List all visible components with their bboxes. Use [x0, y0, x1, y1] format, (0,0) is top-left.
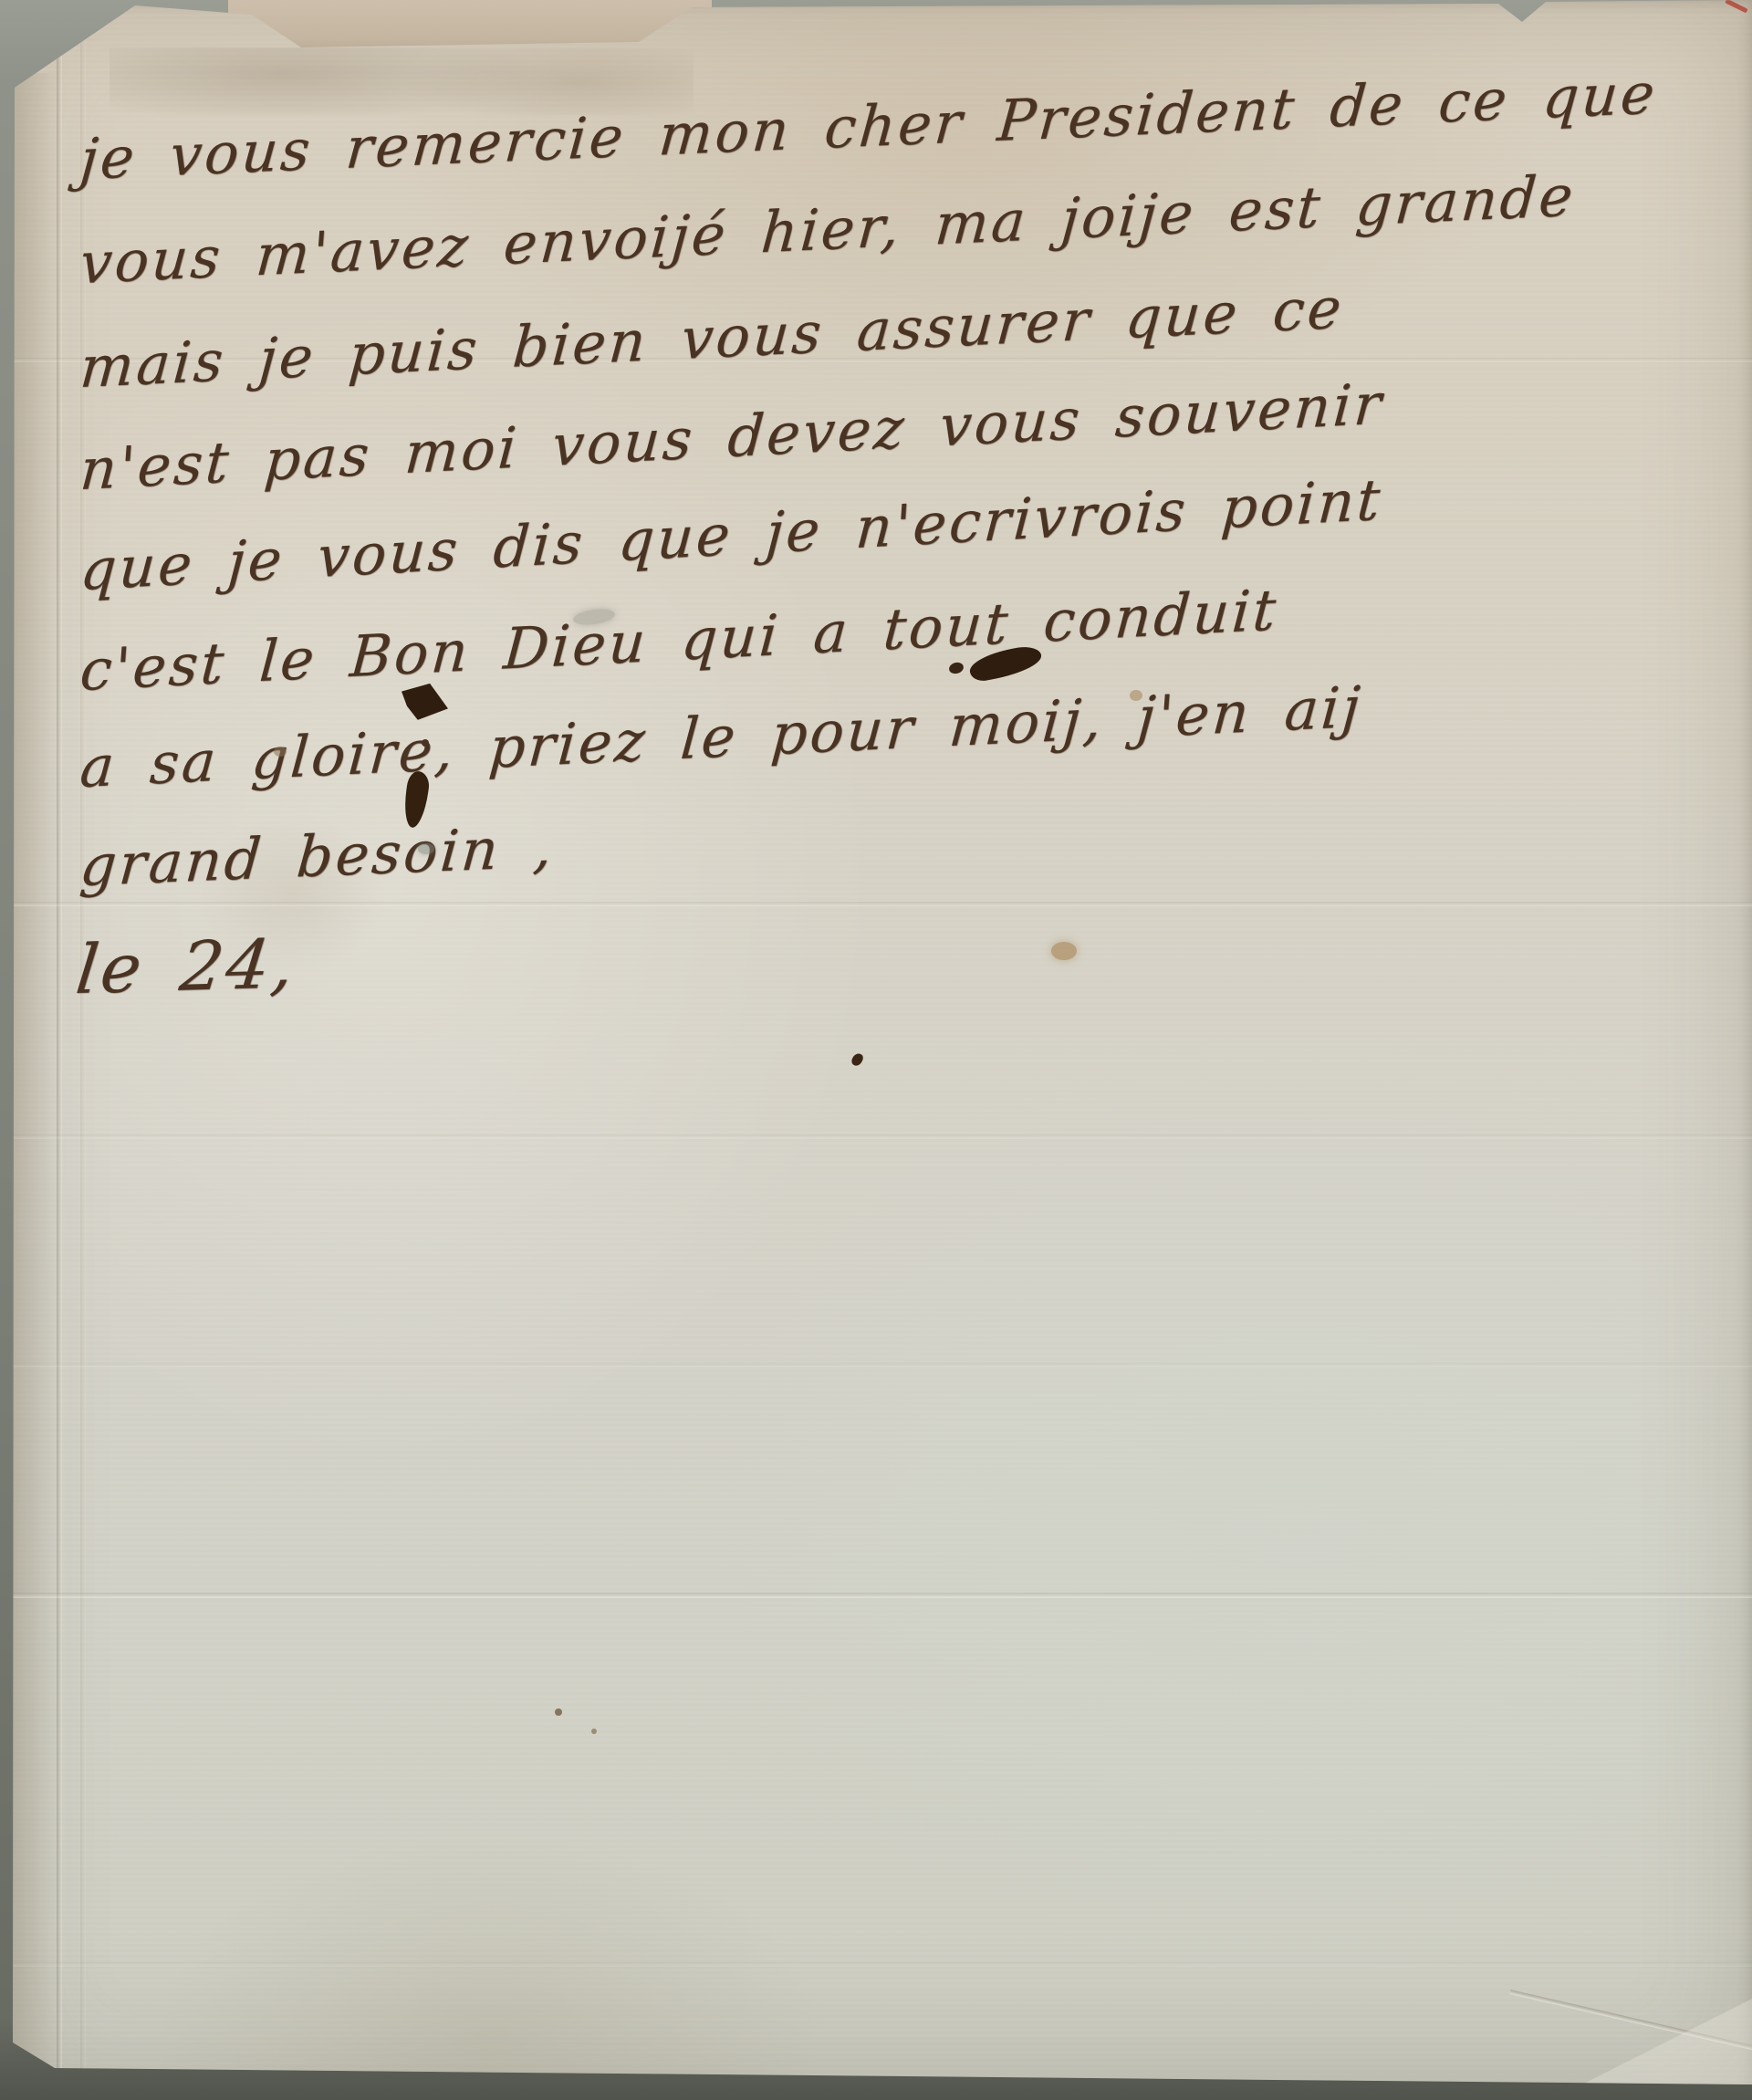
- gray-smudge: [418, 843, 434, 854]
- letter-line: c'est le Bon Dieu qui a tout conduit: [78, 576, 1280, 704]
- horizontal-fold-crease: [0, 1134, 1752, 1139]
- ink-speck: [555, 1708, 562, 1716]
- date-closing: le 24,: [72, 925, 300, 1009]
- ink-dot: [422, 739, 429, 747]
- letter-line: grand besoin ,: [78, 813, 558, 899]
- vertical-fold-crease: [80, 0, 86, 2100]
- foxing-stain: [1051, 942, 1077, 960]
- ink-blot: [948, 661, 965, 675]
- corner-fold-highlight: [1551, 1999, 1752, 2100]
- ink-speck: [850, 1051, 865, 1067]
- horizontal-fold-crease: [0, 1593, 1752, 1598]
- letter-photograph: je vous remercie mon cher President de c…: [0, 0, 1752, 2100]
- red-corner-mark: [1725, 0, 1748, 13]
- horizontal-fold-crease: [0, 902, 1752, 906]
- foxing-stain: [1130, 690, 1142, 701]
- stain-spot: [274, 747, 287, 757]
- horizontal-fold-crease: [0, 1363, 1752, 1367]
- letter-paper: je vous remercie mon cher President de c…: [0, 0, 1752, 2100]
- ink-speck: [591, 1729, 597, 1734]
- left-edge-shading: [13, 73, 57, 2063]
- vertical-fold-crease: [57, 0, 62, 2100]
- horizontal-fold-crease: [0, 1962, 1752, 1967]
